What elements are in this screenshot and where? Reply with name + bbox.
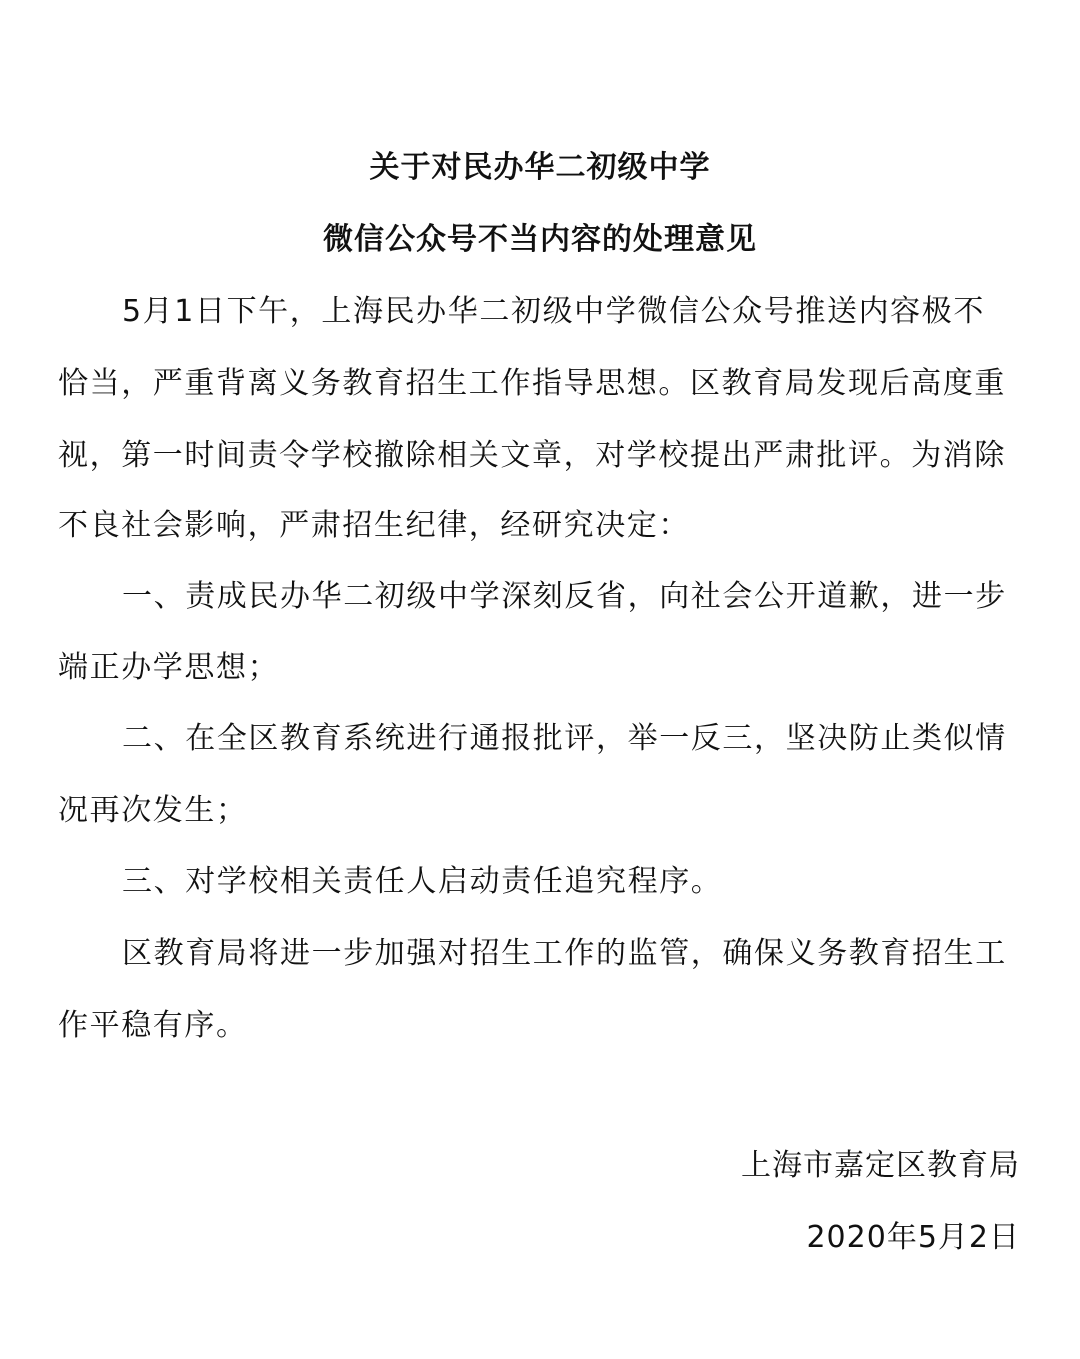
body-paragraph-intro-line-2: 恰当，严重背离义务教育招生工作指导思想。区教育局发现后高度重 — [58, 364, 1028, 404]
decision-item-3: 三、对学校相关责任人启动责任追究程序。 — [122, 862, 1080, 902]
decision-item-1-line-1: 一、责成民办华二初级中学深刻反省，向社会公开道歉，进一步 — [122, 577, 1080, 617]
issuer-name: 上海市嘉定区教育局 — [741, 1146, 1020, 1186]
decision-item-1-line-2: 端正办学思想； — [58, 648, 1028, 688]
issue-date: 2020年5月2日 — [806, 1218, 1020, 1258]
body-paragraph-intro-line-3: 视，第一时间责令学校撤除相关文章，对学校提出严肃批评。为消除 — [58, 436, 1028, 476]
closing-paragraph-line-2: 作平稳有序。 — [58, 1006, 1028, 1046]
body-paragraph-intro-line-1: 5月1日下午，上海民办华二初级中学微信公众号推送内容极不 — [122, 292, 1080, 332]
body-paragraph-intro-line-4: 不良社会影响，严肃招生纪律，经研究决定： — [58, 506, 1028, 546]
closing-paragraph-line-1: 区教育局将进一步加强对招生工作的监管，确保义务教育招生工 — [122, 934, 1080, 974]
document-title-line-1: 关于对民办华二初级中学 — [0, 148, 1080, 188]
document-title-line-2: 微信公众号不当内容的处理意见 — [0, 220, 1080, 260]
decision-item-2-line-1: 二、在全区教育系统进行通报批评，举一反三，坚决防止类似情 — [122, 719, 1080, 759]
decision-item-2-line-2: 况再次发生； — [58, 791, 1028, 831]
